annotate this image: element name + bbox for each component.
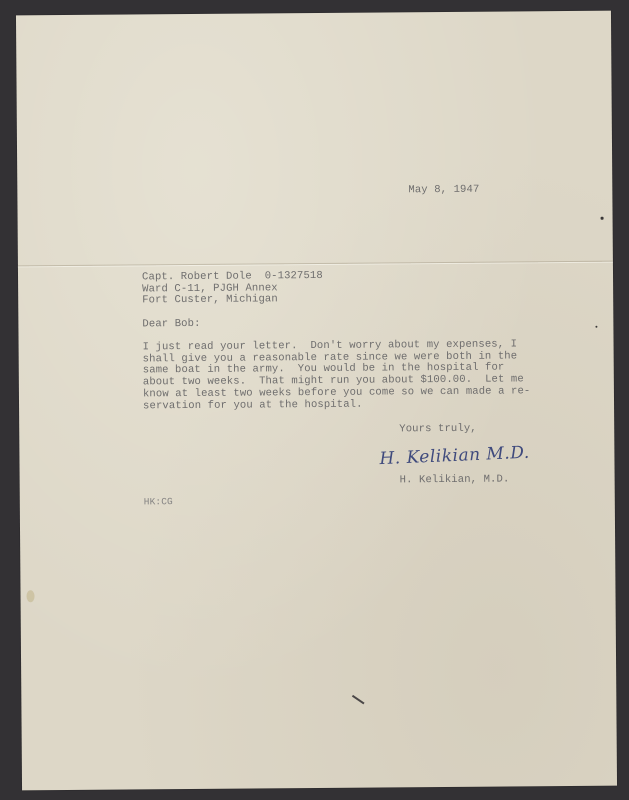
- recipient-address: Capt. Robert Dole 0-1327518Ward C-11, PJ…: [142, 271, 323, 307]
- paper-speck: [595, 326, 597, 328]
- letter-body: I just read your letter. Don't worry abo…: [143, 339, 531, 412]
- paper-mark: [352, 695, 364, 704]
- handwritten-signature: H. Kelikian M.D.: [379, 443, 530, 469]
- typed-signature: H. Kelikian, M.D.: [400, 474, 510, 486]
- fold-crease: [18, 261, 613, 267]
- paper-speck: [601, 217, 604, 220]
- address-line: Fort Custer, Michigan: [142, 294, 323, 307]
- reference-initials: HK:CG: [144, 496, 173, 508]
- letter-page: May 8, 1947 Capt. Robert Dole 0-1327518W…: [16, 11, 617, 791]
- letter-date: May 8, 1947: [408, 185, 479, 197]
- salutation: Dear Bob:: [142, 319, 200, 331]
- paper-stain: [26, 590, 34, 602]
- closing: Yours truly,: [399, 424, 477, 436]
- body-line: servation for you at the hospital.: [143, 398, 531, 413]
